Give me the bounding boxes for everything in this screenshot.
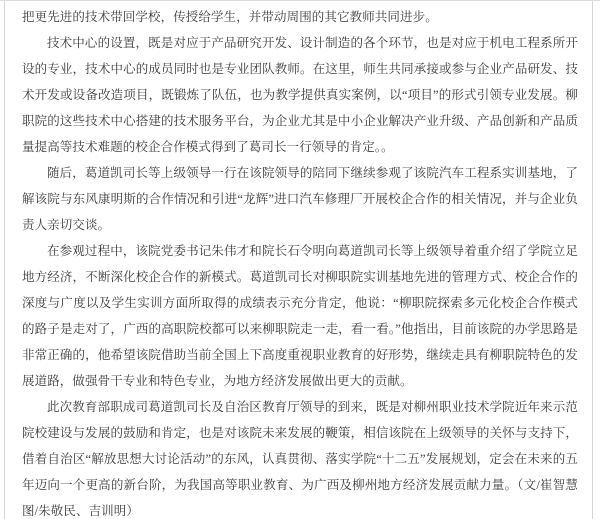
article-paragraph-conclusion-credits: 此次教育部职成司葛道凯司长及自治区教育厅领导的到来，既是对柳州职业技术学院近年来… bbox=[22, 394, 578, 519]
article-paragraph-visit-auto-base: 随后，葛道凯司长等上级领导一行在该院领导的陪同下继续参观了该院汽车工程系实训基地… bbox=[22, 160, 578, 238]
article-body: 把更先进的技术带回学校，传授给学生，并带动周围的其它教师共同进步。 技术中心的设… bbox=[22, 1, 578, 519]
article-paragraph-tech-center: 技术中心的设置，既是对应于产品研究开发、设计制造的各个环节，也是对应于机电工程系… bbox=[22, 30, 578, 160]
article-paragraph-leaders-remarks: 在参观过程中，该院党委书记朱伟才和院长石令明向葛道凯司长等上级领导着重介绍了学院… bbox=[22, 238, 578, 394]
article-page: { "page": { "background_color": "#ffffff… bbox=[0, 0, 600, 519]
article-paragraph-continuation: 把更先进的技术带回学校，传授给学生，并带动周围的其它教师共同进步。 bbox=[22, 4, 578, 30]
